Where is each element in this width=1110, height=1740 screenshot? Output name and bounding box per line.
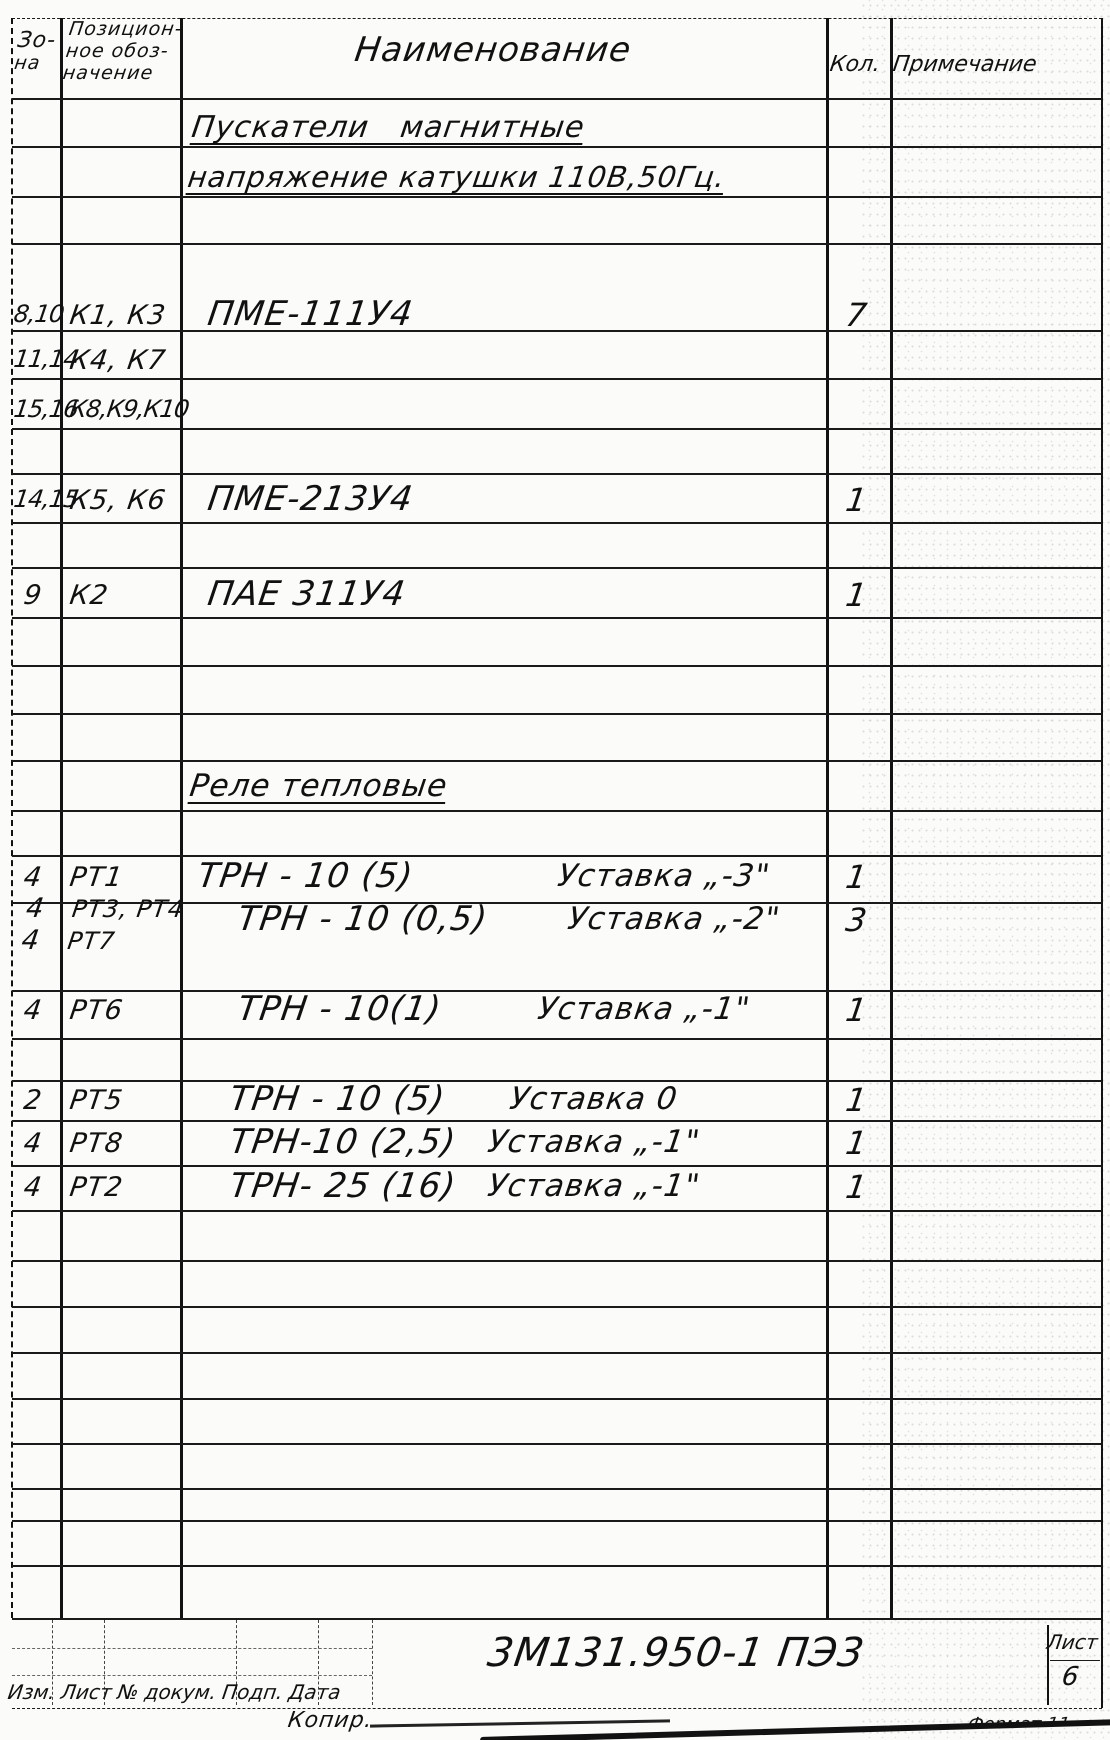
row-line (12, 196, 1102, 198)
col-divider-name (826, 18, 829, 1618)
signature-label: Изм. (6, 1680, 56, 1704)
cell-zone: 4 (22, 995, 45, 1026)
table-left-border (11, 18, 13, 1618)
row-line (12, 1165, 1102, 1167)
header-zone-line1: Зо- (16, 28, 58, 53)
cell-position: РТ2 (68, 1172, 125, 1203)
cell-position: К1, К3 (68, 300, 168, 331)
row-line (12, 1520, 1102, 1522)
row-line (12, 243, 1102, 245)
header-position-line: начение (61, 62, 155, 84)
row-line (12, 810, 1102, 812)
header-position-line: Позицион- (68, 18, 185, 40)
cell-setting: Уставка „-1" (535, 991, 752, 1027)
cell-zone: 2 (22, 1085, 45, 1116)
row-line (12, 617, 1102, 619)
row-line (12, 146, 1102, 148)
cell-name: ТРН- 25 (16) (227, 1166, 458, 1206)
header-note: Примечание (891, 52, 1038, 77)
spec-sheet: Зо- на Позицион-ное обоз-начение Наимено… (0, 0, 1110, 1740)
copied-stamp: Копир. (286, 1708, 374, 1733)
cell-name: ПМЕ-213У4 (205, 479, 416, 519)
tb-divider (372, 1620, 373, 1705)
header-zone-line2: на (13, 52, 42, 74)
cell-zone: 4 (22, 1128, 45, 1159)
cell-name: ТРН - 10 (0,5) (235, 899, 490, 939)
row-line (12, 98, 1102, 100)
title-block-bottom (12, 1708, 1102, 1709)
cell-zone: 4 (22, 862, 45, 893)
row-line (12, 713, 1102, 715)
signature-label: Дата (287, 1680, 342, 1704)
cell-zone: 4 (22, 1172, 45, 1203)
row-line (12, 567, 1102, 569)
col-divider-zone (60, 18, 63, 1618)
row-line (12, 1565, 1102, 1567)
tb-row-line (12, 1675, 372, 1676)
col-divider-qty (890, 18, 893, 1618)
tb-sheet-mid (1050, 1660, 1100, 1661)
row-line (12, 378, 1102, 380)
row-line (12, 1488, 1102, 1490)
row-line (12, 1120, 1102, 1122)
signature-label: Лист (59, 1680, 113, 1704)
cell-position: К8,К9,К10 (68, 395, 190, 423)
row-line (12, 1352, 1102, 1354)
row-line (12, 522, 1102, 524)
header-qty: Кол. (828, 52, 882, 77)
cell-position: РТ3, РТ4 РТ7 (66, 893, 187, 957)
cell-position: К4, К7 (68, 345, 168, 376)
section-title-starters: Пускатели магнитные (190, 110, 588, 145)
tb-row-line (12, 1648, 372, 1649)
photocopy-noise (860, 0, 1110, 1740)
cell-setting: Уставка „-3" (555, 858, 772, 894)
cell-position: РТ1 (68, 862, 125, 893)
col-divider-pos (180, 18, 183, 1618)
table-right-border (1101, 18, 1103, 1708)
row-line (12, 1260, 1102, 1262)
row-line (12, 1210, 1102, 1212)
header-position: Позицион-ное обоз-начение (61, 18, 184, 84)
signature-labels: Изм.Лист№ докум.Подп.Дата (6, 1680, 348, 1704)
row-line (12, 473, 1102, 475)
cell-name: ПАЕ 311У4 (205, 574, 408, 614)
row-line (12, 760, 1102, 762)
signature-label: Подп. (221, 1680, 285, 1704)
header-zone: Зо- на (13, 30, 58, 74)
row-line (12, 1038, 1102, 1040)
title-block-top (12, 1618, 1102, 1620)
cell-name: ТРН - 10 (5) (227, 1079, 448, 1119)
row-line (12, 855, 1102, 857)
document-designation: 3М131.950-1 ПЭ3 (485, 1630, 868, 1676)
cell-name: ТРН - 10(1) (235, 989, 444, 1029)
cell-position: РТ5 (68, 1085, 125, 1116)
section-subtitle-coil-voltage: напряжение катушки 110В,50Гц. (186, 160, 728, 194)
sheet-label: Лист (1045, 1630, 1099, 1654)
row-line (12, 1306, 1102, 1308)
cell-position: РТ8 (68, 1128, 125, 1159)
cell-name: ТРН - 10 (5) (195, 856, 416, 896)
cell-name: ТРН-10 (2,5) (227, 1122, 458, 1162)
header-name: Наименование (352, 30, 634, 70)
header-position-line: ное обоз- (64, 40, 170, 62)
cell-setting: Уставка „-1" (485, 1124, 702, 1160)
row-line (12, 330, 1102, 332)
cell-position: К5, К6 (68, 485, 168, 516)
cell-zone: 8,10 (12, 300, 65, 328)
cell-position: К2 (68, 580, 111, 611)
signature-label: № докум. (116, 1680, 218, 1704)
cell-setting: Уставка „-1" (485, 1168, 702, 1204)
row-line (12, 665, 1102, 667)
row-line (12, 428, 1102, 430)
cell-name: ПМЕ-111У4 (205, 294, 416, 334)
row-line (12, 1398, 1102, 1400)
signature-scribble (370, 1719, 670, 1727)
section-title-thermal-relays: Реле тепловые (187, 768, 450, 804)
row-line (12, 1443, 1102, 1445)
cell-setting: Уставка 0 (507, 1081, 680, 1117)
cell-zone: 9 (22, 580, 45, 611)
cell-setting: Уставка „-2" (565, 901, 782, 937)
cell-position: РТ6 (68, 995, 125, 1026)
